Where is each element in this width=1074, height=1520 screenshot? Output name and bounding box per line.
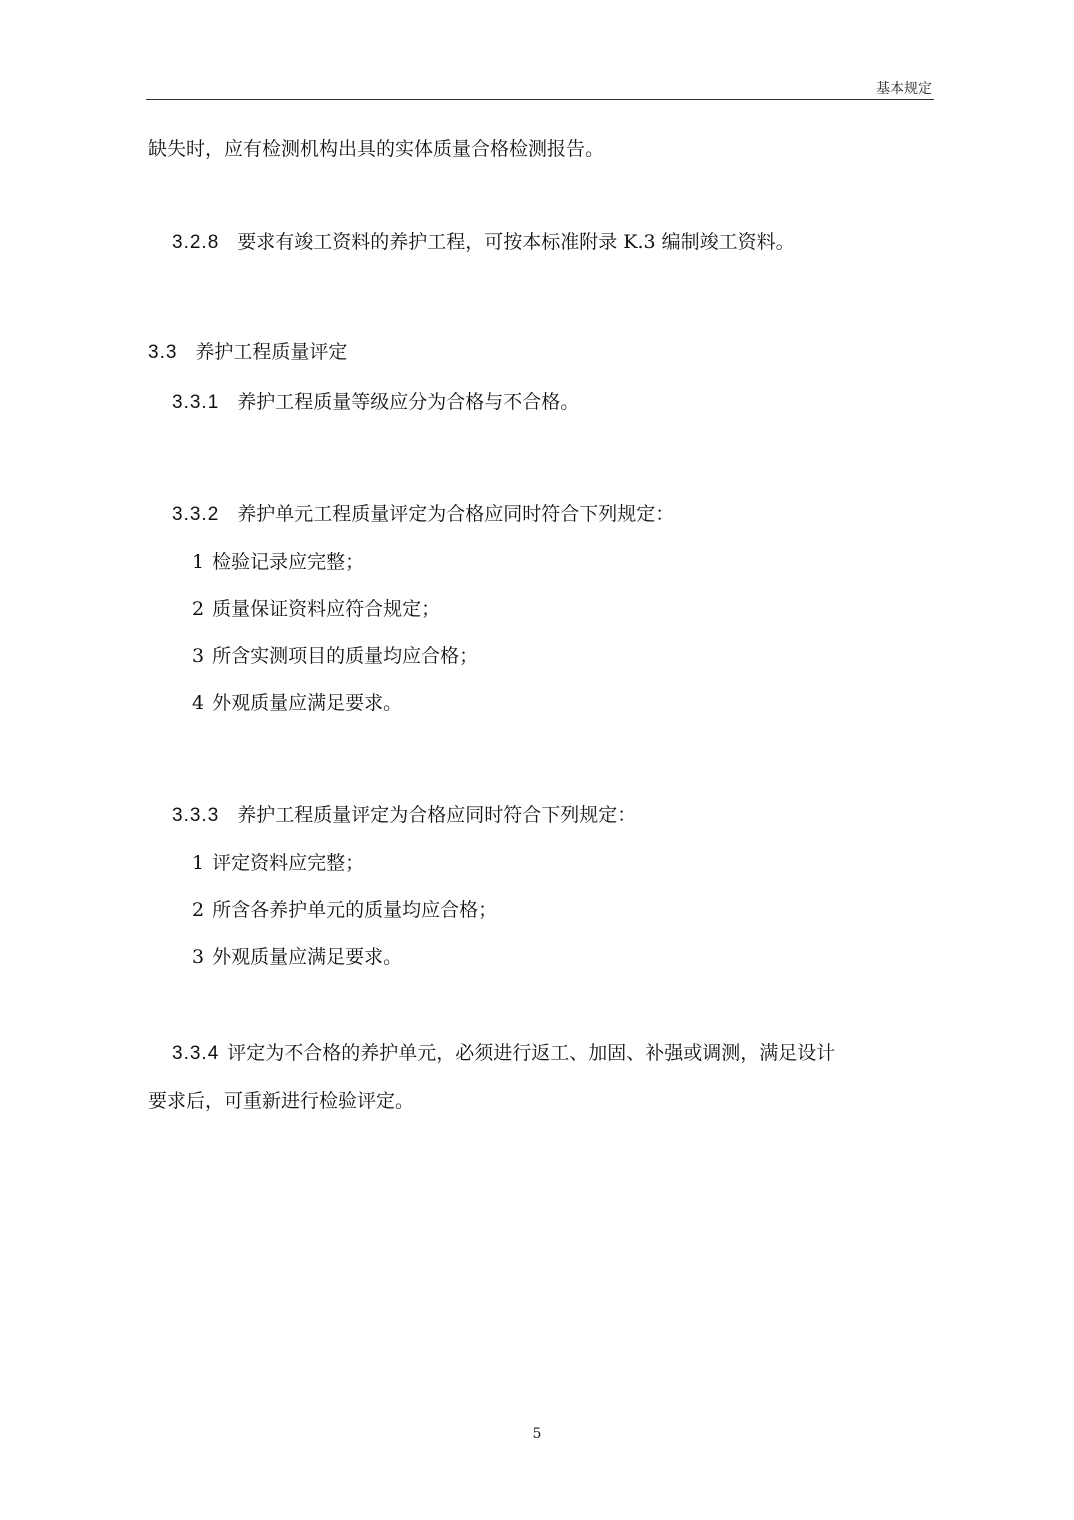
item-text: 质量保证资料应符合规定；	[212, 598, 440, 620]
clause-number: 3.3.3	[172, 805, 219, 826]
item-number: 1	[192, 852, 204, 874]
page-number: 5	[0, 1426, 1074, 1442]
clause-text: 养护单元工程质量评定为合格应同时符合下列规定：	[237, 503, 674, 525]
clause-3-3-2: 3.3.2养护单元工程质量评定为合格应同时符合下列规定：	[172, 505, 674, 524]
clause-3-2-8: 3.2.8要求有竣工资料的养护工程，可按本标准附录 K.3 编制竣工资料。	[172, 233, 795, 252]
clause-text: 养护工程质量等级应分为合格与不合格。	[237, 391, 579, 413]
list-item: 1检验记录应完整；	[192, 553, 364, 572]
continuation-paragraph: 缺失时，应有检测机构出具的实体质量合格检测报告。	[148, 140, 604, 159]
item-number: 2	[192, 899, 204, 921]
list-item: 3所含实测项目的质量均应合格；	[192, 647, 478, 666]
clause-3-3-4: 3.3.4评定为不合格的养护单元，必须进行返工、加固、补强或调测，满足设计	[172, 1044, 835, 1063]
item-text: 检验记录应完整；	[212, 551, 364, 573]
item-text: 外观质量应满足要求。	[212, 692, 402, 714]
clause-text: 评定为不合格的养护单元，必须进行返工、加固、补强或调测，满足设计	[227, 1042, 835, 1064]
clause-3-3-4-continuation: 要求后，可重新进行检验评定。	[148, 1092, 414, 1111]
list-item: 4外观质量应满足要求。	[192, 694, 402, 713]
list-item: 1评定资料应完整；	[192, 854, 364, 873]
clause-number: 3.3.1	[172, 392, 219, 413]
section-number: 3.3	[148, 342, 177, 363]
item-number: 3	[192, 645, 204, 667]
item-number: 1	[192, 551, 204, 573]
clause-3-3-1: 3.3.1养护工程质量等级应分为合格与不合格。	[172, 393, 579, 412]
clause-number: 3.2.8	[172, 232, 219, 253]
header-rule	[146, 99, 934, 100]
item-number: 3	[192, 946, 204, 968]
running-header-title: 基本规定	[876, 78, 932, 98]
item-number: 2	[192, 598, 204, 620]
clause-3-3-3: 3.3.3养护工程质量评定为合格应同时符合下列规定：	[172, 806, 636, 825]
item-text: 评定资料应完整；	[212, 852, 364, 874]
list-item: 2质量保证资料应符合规定；	[192, 600, 440, 619]
clause-number: 3.3.2	[172, 504, 219, 525]
clause-text: 养护工程质量评定为合格应同时符合下列规定：	[237, 804, 636, 826]
item-text: 所含各养护单元的质量均应合格；	[212, 899, 497, 921]
clause-number: 3.3.4	[172, 1043, 219, 1064]
section-heading-3-3: 3.3养护工程质量评定	[148, 343, 347, 362]
list-item: 2所含各养护单元的质量均应合格；	[192, 901, 497, 920]
list-item: 3外观质量应满足要求。	[192, 948, 402, 967]
clause-text: 要求有竣工资料的养护工程，可按本标准附录 K.3 编制竣工资料。	[237, 231, 794, 253]
section-title: 养护工程质量评定	[195, 341, 347, 363]
item-text: 所含实测项目的质量均应合格；	[212, 645, 478, 667]
item-number: 4	[192, 692, 204, 714]
item-text: 外观质量应满足要求。	[212, 946, 402, 968]
